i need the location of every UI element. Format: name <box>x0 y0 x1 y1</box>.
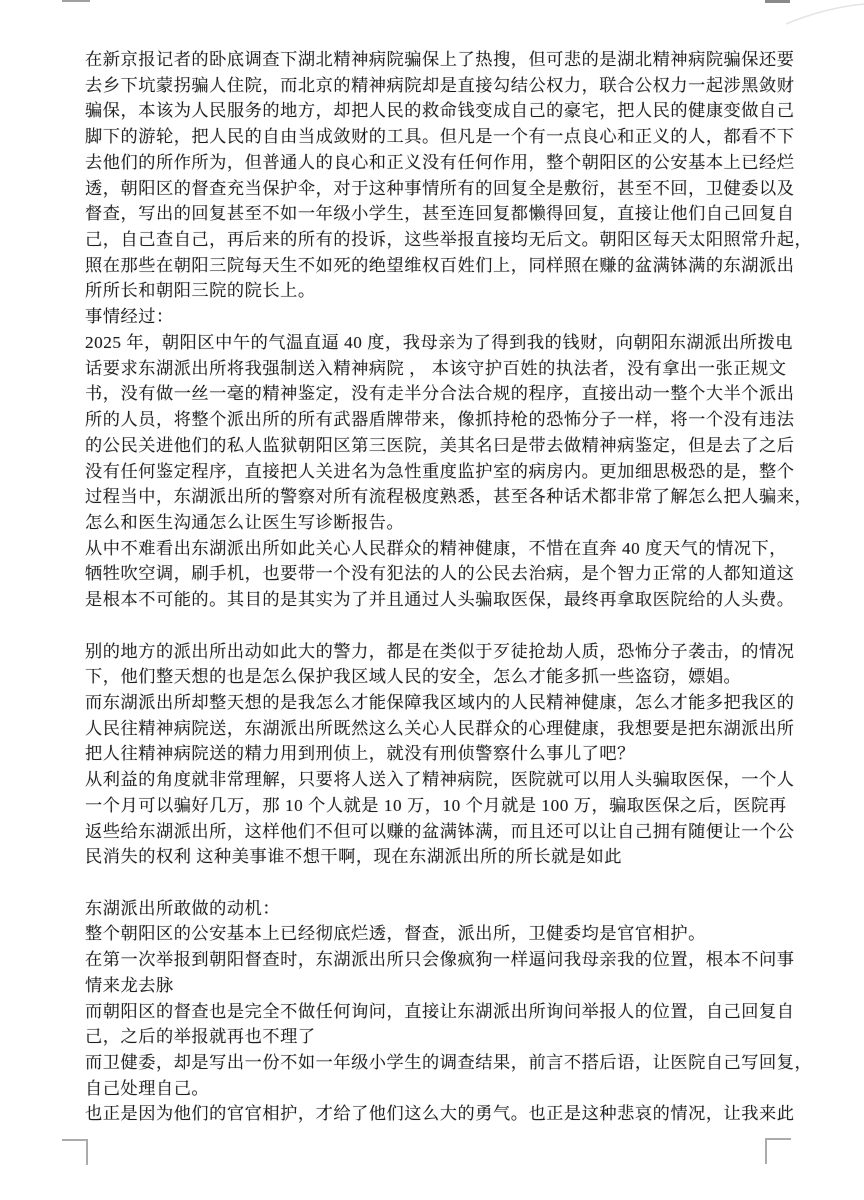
text-line: 话要求东湖派出所将我强制送入精神病院 ， 本该守护百姓的执法者，没有拿出一张正规… <box>85 356 795 382</box>
text-line: 所的人员，将整个派出所的所有武器盾牌带来，像抓持枪的恐怖分子一样，将一个没有违法 <box>85 407 795 433</box>
text-line: 去他们的所作所为，但普通人的良心和正义没有任何作用，整个朝阳区的公安基本上已经烂 <box>85 150 795 176</box>
text-line: 的公民关进他们的私人监狱朝阳区第三医院，美其名曰是带去做精神病鉴定，但是去了之后 <box>85 433 795 459</box>
text-line <box>85 613 795 639</box>
text-line: 从利益的角度就非常理解，只要将人送入了精神病院，医院就可以用人头骗取医保，一个人 <box>85 767 795 793</box>
text-line: 事情经过： <box>85 304 795 330</box>
text-line: 下，他们整天想的也是怎么保护我区域人民的安全，怎么才能多抓一些盗窃，嫖娼。 <box>85 664 795 690</box>
text-line: 骗保，本该为人民服务的地方，却把人民的救命钱变成自己的豪宅，把人民的健康变做自己 <box>85 98 795 124</box>
text-line: 没有任何鉴定程序，直接把人关进名为急性重度监护室的病房内。更加细思极恐的是，整个 <box>85 459 795 485</box>
text-line: 一个月可以骗好几万，那 10 个人就是 10 万，10 个月就是 100 万，骗… <box>85 793 795 819</box>
text-line: 脚下的游轮，把人民的自由当成敛财的工具。但凡是一个有一点良心和正义的人，都看不下 <box>85 124 795 150</box>
text-line: 把人往精神病院送的精力用到刑侦上，就没有刑侦警察什么事儿了吧？ <box>85 741 795 767</box>
text-line: 照在那些在朝阳三院每天生不如死的绝望维权百姓们上，同样照在赚的盆满钵满的东湖派出 <box>85 253 795 279</box>
text-line: 透，朝阳区的督查充当保护伞，对于这种事情所有的回复全是敷衍，甚至不回，卫健委以及 <box>85 176 795 202</box>
text-line: 怎么和医生沟通怎么让医生写诊断报告。 <box>85 510 795 536</box>
text-line: 自己处理自己。 <box>85 1076 795 1102</box>
text-line: 己，之后的举报就再也不理了 <box>85 1024 795 1050</box>
text-line: 所所长和朝阳三院的院长上。 <box>85 278 795 304</box>
text-boundary-mark-bottom-right-horizontal <box>765 1138 791 1140</box>
text-line: 己，自己查自己，再后来的所有的投诉，这些举报直接均无后文。朝阳区每天太阳照常升起… <box>85 227 795 253</box>
text-line: 而东湖派出所却整天想的是我怎么才能保障我区域内的人民精神健康，怎么才能多把我区的 <box>85 690 795 716</box>
text-line: 去乡下坑蒙拐骗人住院，而北京的精神病院却是直接勾结公权力，联合公权力一起涉黑敛财 <box>85 73 795 99</box>
text-line: 从中不难看出东湖派出所如此关心人民群众的精神健康，不惜在直奔 40 度天气的情况… <box>85 536 795 562</box>
text-line: 而朝阳区的督查也是完全不做任何询问，直接让东湖派出所询问举报人的位置，自己回复自 <box>85 999 795 1025</box>
text-boundary-mark-bottom-right-vertical <box>765 1138 767 1164</box>
text-line: 是根本不可能的。其目的是其实为了并且通过人头骗取医保，最终再拿取医院给的人头费。 <box>85 587 795 613</box>
text-line <box>85 870 795 896</box>
text-line: 在新京报记者的卧底调查下湖北精神病院骗保上了热搜，但可悲的是湖北精神病院骗保还要 <box>85 47 795 73</box>
text-line: 牺牲吹空调，刷手机，也要带一个没有犯法的人的公民去治病，是个智力正常的人都知道这 <box>85 561 795 587</box>
text-line: 整个朝阳区的公安基本上已经彻底烂透，督查，派出所，卫健委均是官官相护。 <box>85 921 795 947</box>
text-line: 民消失的权利 这种美事谁不想干啊，现在东湖派出所的所长就是如此 <box>85 844 795 870</box>
document-text-block: 在新京报记者的卧底调查下湖北精神病院骗保上了热搜，但可悲的是湖北精神病院骗保还要… <box>85 47 795 1127</box>
text-line: 情来龙去脉 <box>85 973 795 999</box>
text-boundary-mark-bottom-left-vertical <box>86 1139 88 1165</box>
text-line: 督查，写出的回复甚至不如一年级小学生，甚至连回复都懒得回复，直接让他们自己回复自 <box>85 201 795 227</box>
text-line: 过程当中，东湖派出所的警察对所有流程极度熟悉，甚至各种话术都非常了解怎么把人骗来… <box>85 484 795 510</box>
text-line: 也正是因为他们的官官相护，才给了他们这么大的勇气。也正是这种悲哀的情况，让我来此 <box>85 1101 795 1127</box>
text-boundary-mark-top-right <box>765 0 790 3</box>
text-line: 东湖派出所敢做的动机： <box>85 896 795 922</box>
document-page: 在新京报记者的卧底调查下湖北精神病院骗保上了热搜，但可悲的是湖北精神病院骗保还要… <box>0 0 864 1200</box>
text-line: 在第一次举报到朝阳督查时，东湖派出所只会像疯狗一样逼问我母亲我的位置，根本不问事 <box>85 947 795 973</box>
text-boundary-mark-top-left <box>62 0 90 2</box>
text-line: 而卫健委，却是写出一份不如一年级小学生的调查结果，前言不搭后语，让医院自己写回复… <box>85 1050 795 1076</box>
text-line: 2025 年，朝阳区中午的气温直逼 40 度，我母亲为了得到我的钱财，向朝阳东湖… <box>85 330 795 356</box>
text-line: 人民往精神病院送，东湖派出所既然这么关心人民群众的心理健康，我想要是把东湖派出所 <box>85 716 795 742</box>
page-curl-artifact <box>784 0 864 40</box>
text-line: 书，没有做一丝一毫的精神鉴定，没有走半分合法合规的程序，直接出动一整个大半个派出 <box>85 381 795 407</box>
text-line: 别的地方的派出所出动如此大的警力，都是在类似于歹徒抢劫人质，恐怖分子袭击，的情况 <box>85 639 795 665</box>
text-line: 返些给东湖派出所，这样他们不但可以赚的盆满钵满，而且还可以让自己拥有随便让一个公 <box>85 819 795 845</box>
text-boundary-mark-bottom-left-horizontal <box>62 1139 88 1141</box>
